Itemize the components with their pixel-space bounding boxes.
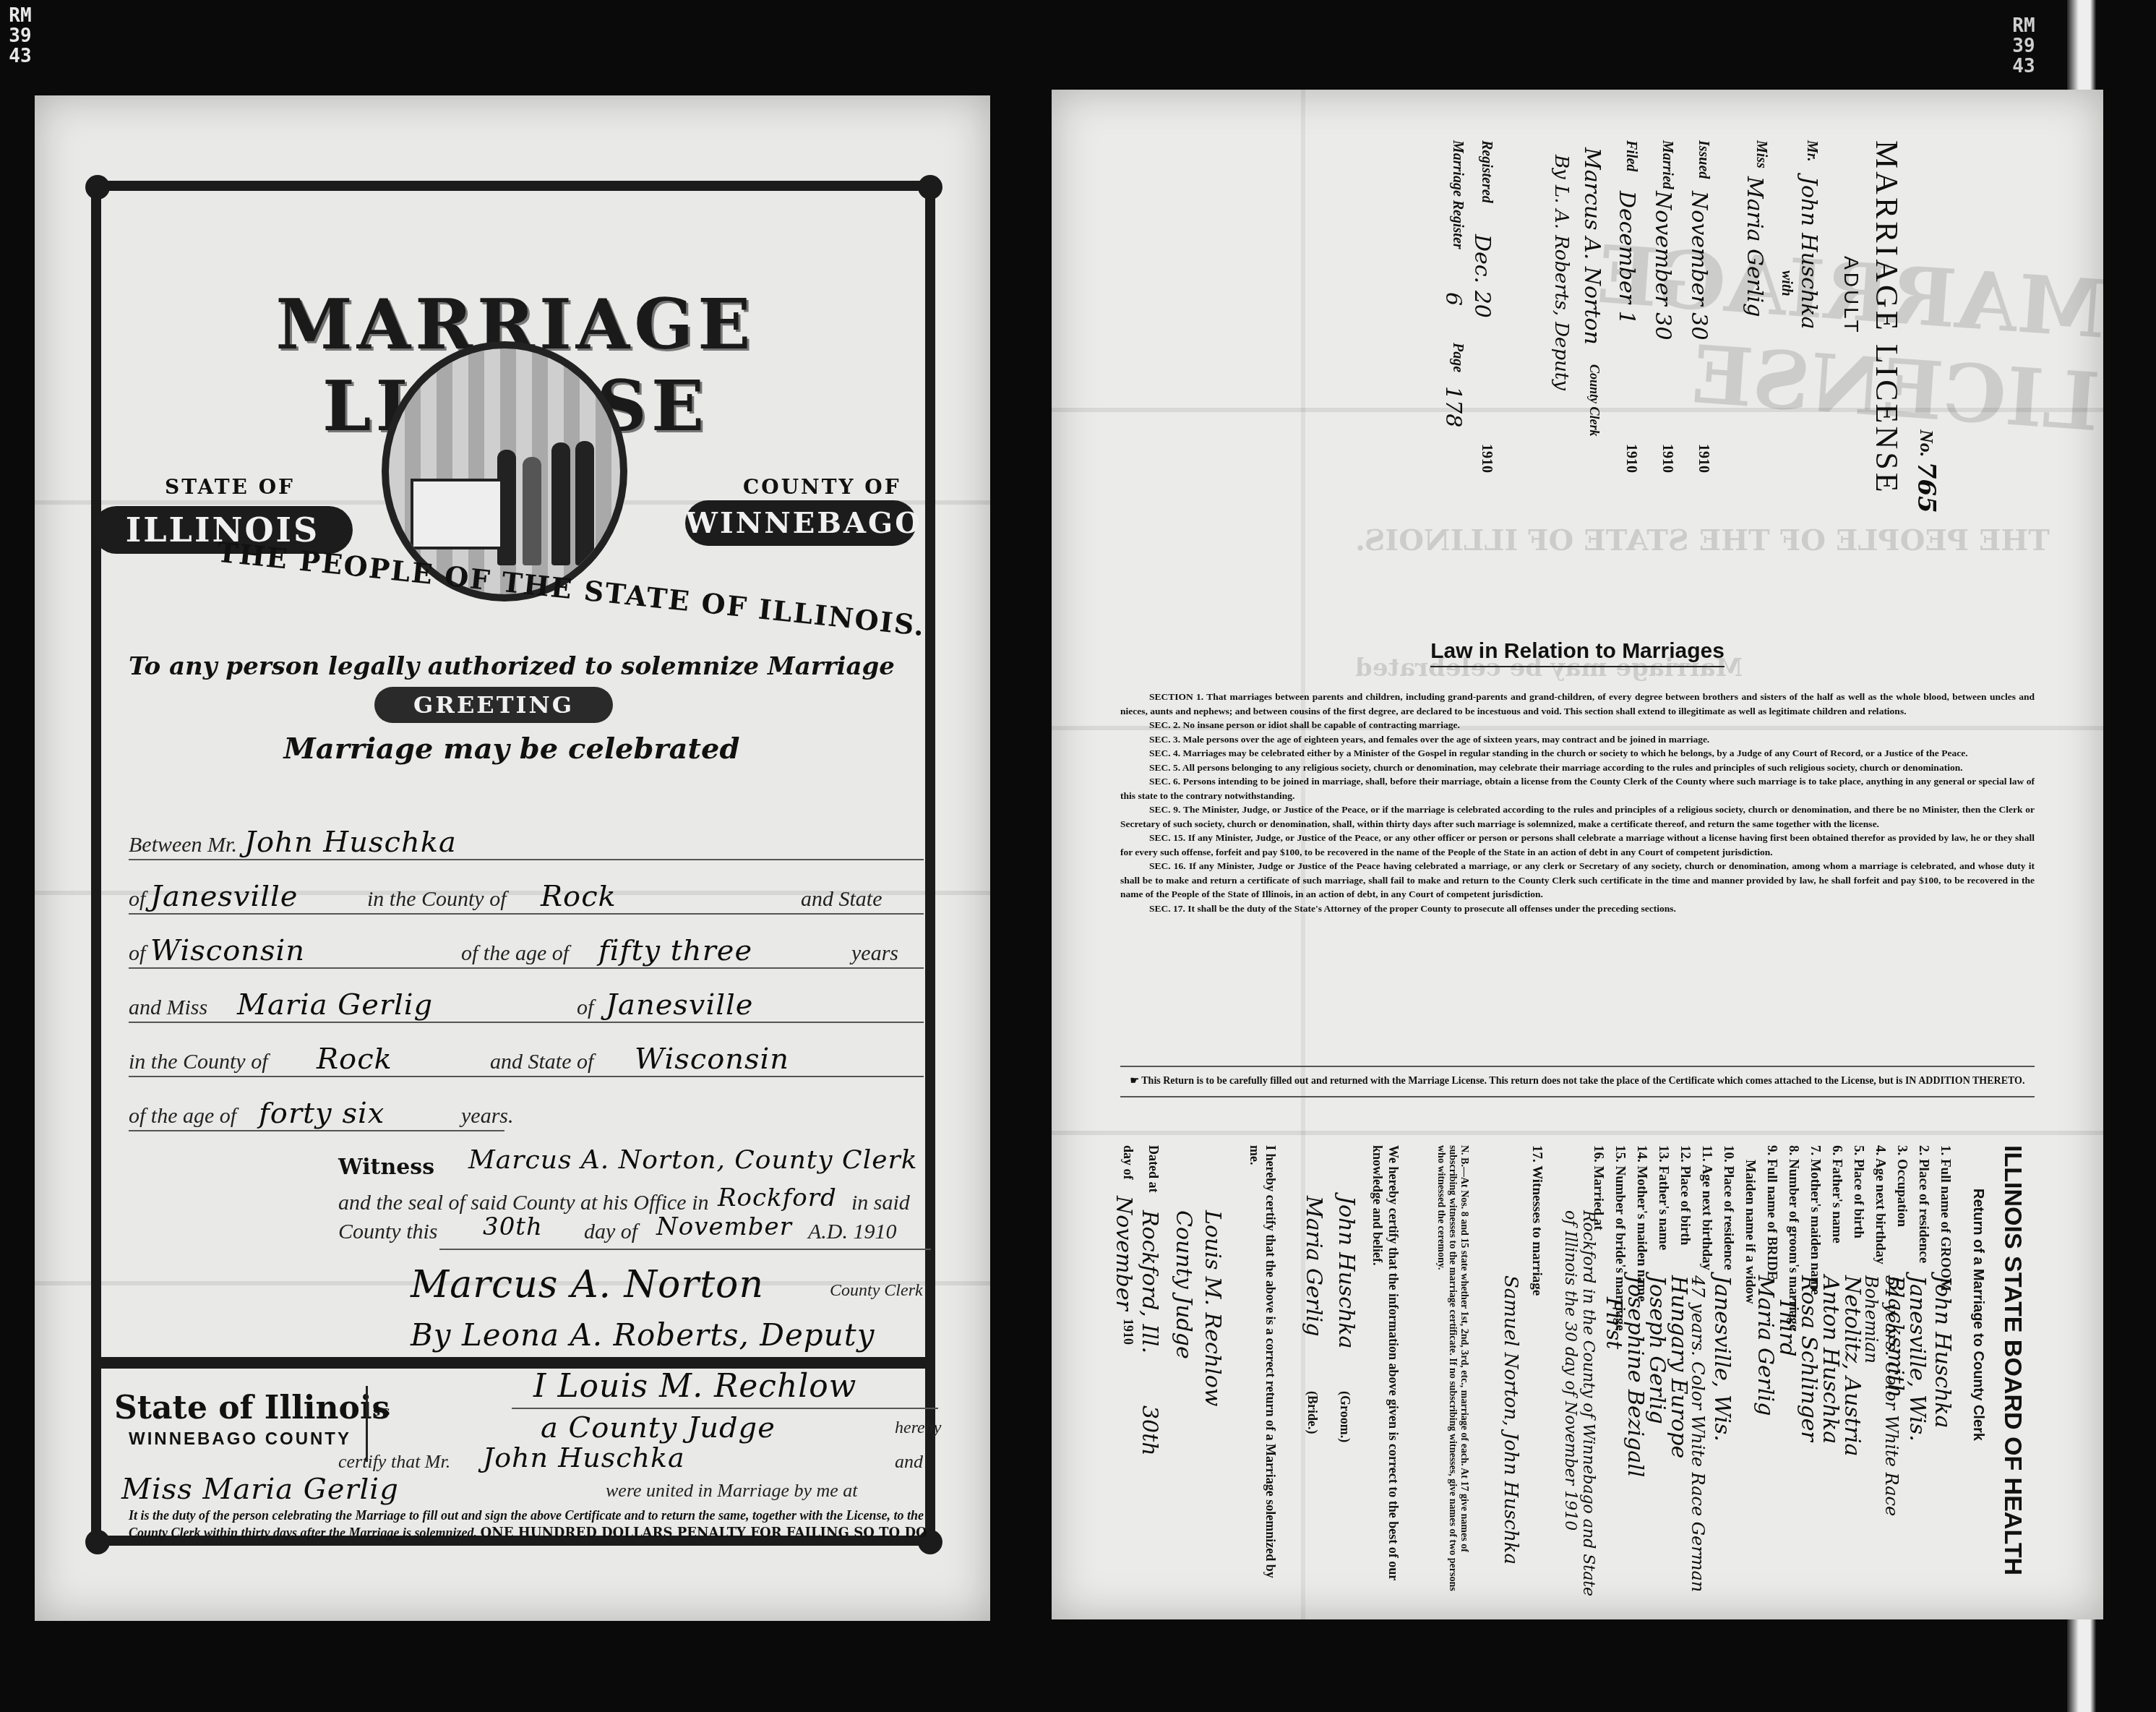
bride-residence-field[interactable]: Janesville, Wis. [1709,1275,1735,1442]
film-mark-line: 43 [6,46,35,67]
license-number-field[interactable]: 765 [1912,462,1941,513]
filed-year: 1910 [1623,444,1639,473]
docket-deputy-signature: By L. A. Roberts, Deputy [1550,155,1572,390]
field-label: 10. Place of residence [1720,1145,1736,1270]
docket-bride-field[interactable]: Maria Gerlig [1742,176,1767,317]
field-label: 12. Place of birth [1677,1145,1693,1245]
groom-full-name-field[interactable]: John Huschka [1930,1275,1955,1428]
groom-birthplace-field[interactable]: Netolitz, Austria [1839,1275,1865,1457]
witnesses-field[interactable]: Samuel Norton, John Huschka [1500,1275,1521,1593]
film-mark-line: 39 [2009,36,2038,56]
return-title: ILLINOIS STATE BOARD OF HEALTH [1998,1145,2027,1575]
groom-age-field[interactable]: 54 years. Color White Race Bohemian [1861,1275,1902,1608]
film-reel-mark-left: RM 39 43 [6,6,35,67]
film-mark-line: 43 [2009,56,2038,77]
issued-year: 1910 [1695,444,1712,473]
law-section: SEC. 17. It shall be the duty of the Sta… [1120,902,2035,916]
groom-marriage-number-field[interactable]: Third [1774,1297,1800,1356]
docket-clerk-signature: Marcus A. Norton [1579,147,1605,345]
field-label: 5. Place of birth [1850,1145,1866,1238]
field-label: 6. Father's name [1829,1145,1844,1244]
license-number: No. 765 [1912,429,1941,513]
return-note-text: This Return is to be carefully filled ou… [1141,1076,2024,1087]
docket-title: MARRIAGE LICENSE [1868,140,1905,495]
law-section: SEC. 9. The Minister, Judge, or Justice … [1120,803,2035,831]
officiant-title: County Judge [1171,1210,1196,1359]
law-section: SEC. 15. If any Minister, Judge, or Just… [1120,831,2035,859]
groom-father-field[interactable]: Anton Huschka [1818,1275,1843,1444]
bride-marriage-number-field[interactable]: First [1601,1297,1626,1349]
law-section: SECTION 1. That marriages between parent… [1120,690,2035,718]
docket-groom-field[interactable]: John Huschka [1796,176,1821,329]
state-board-return-form: ILLINOIS STATE BOARD OF HEALTH Return of… [1052,1131,2103,1608]
bride-birthplace-field[interactable]: Hungary Europe [1666,1275,1691,1458]
dated-place-field[interactable]: Rockford, Ill. [1137,1210,1162,1353]
page-label: Page [1449,343,1466,372]
law-title-text: Law in Relation to Marriages [1430,639,1725,667]
law-sections: SECTION 1. That marriages between parent… [1120,690,2035,915]
license-back-page: MARRIAGE LICENSE THE PEOPLE OF THE STATE… [1052,90,2103,1619]
officiant-text: I hereby certify that the above is a cor… [1247,1145,1279,1593]
bride-signature: Maria Gerlig [1301,1196,1326,1336]
no-label: No. [1916,429,1937,457]
married-label: Married [1659,140,1675,189]
law-section: SEC. 2. No insane person or idiot shall … [1120,718,2035,732]
registered-date-field[interactable]: Dec. 20 [1469,234,1495,318]
dated-month-field[interactable]: November [1111,1196,1136,1311]
field-label: 7. Mother's maiden name [1807,1145,1823,1295]
dated-year: 1910 [1120,1319,1135,1345]
married-at-field[interactable]: Rockford in the County of Winnebago and … [1561,1210,1597,1601]
groom-tag: (Groom.) [1337,1391,1352,1442]
pointing-hand-icon: ☛ [1130,1076,1141,1087]
return-subtitle: Return of a Marriage to County Clerk [1970,1189,1986,1441]
field-label: 11. Age next birthday [1698,1145,1714,1270]
field-label: 13. Father's name [1655,1145,1671,1250]
registered-year: 1910 [1478,444,1495,473]
law-section: SEC. 5. All persons belonging to any rel… [1120,761,2035,775]
filed-date-field[interactable]: December 1 [1614,191,1639,325]
married-year: 1910 [1659,444,1675,473]
officiant-signature: Louis M. Rechlow [1200,1210,1225,1406]
film-mark-line: RM [2009,16,2038,36]
marriage-register-label: Marriage Register [1449,140,1466,249]
field-label: Maiden name if a widow [1742,1160,1758,1304]
mr-label: Mr. [1803,140,1820,161]
law-section: SEC. 4. Marriages may be celebrated eith… [1120,746,2035,761]
register-volume-field[interactable]: 6 [1440,292,1466,306]
filed-label: Filed [1623,140,1639,171]
miss-label: Miss [1753,140,1769,168]
docket-subtitle: ADULT [1839,256,1863,335]
field-label: 9. Full name of BRIDE [1764,1145,1779,1280]
dated-at-label: Dated at [1146,1145,1161,1193]
certificate-details [35,95,990,1621]
nb-note: N. B.—At Nos. 8 and 15 state whether 1st… [1435,1145,1469,1593]
field-label: 3. Occupation [1894,1145,1910,1227]
law-section: SEC. 3. Male persons over the age of eig… [1120,732,2035,747]
return-note: ☛ This Return is to be carefully filled … [1120,1066,2035,1097]
license-docket: No. 765 MARRIAGE LICENSE ADULT Mr. John … [1088,126,1919,531]
certify-text: We hereby certify that the information a… [1370,1145,1401,1593]
dated-day-field[interactable]: 30th [1137,1405,1162,1456]
field-label: 17. Witnesses to marriage [1529,1145,1545,1296]
field-label: 4. Age next birthday [1872,1145,1888,1264]
law-section: SEC. 16. If any Minister, Judge or Justi… [1120,859,2035,902]
married-date-field[interactable]: November 30 [1650,191,1675,340]
registered-label: Registered [1478,140,1495,203]
law-title: Law in Relation to Marriages [1052,639,2103,664]
bride-tag: (Bride.) [1305,1391,1320,1434]
field-label: 1. Full name of GROOM [1937,1145,1953,1291]
groom-residence-field[interactable]: Janesville, Wis. [1904,1275,1930,1442]
film-mark-line: RM [6,6,35,26]
county-clerk-label: County Clerk [1586,364,1602,437]
groom-signature: John Huschka [1333,1196,1359,1348]
law-section: SEC. 6. Persons intending to be joined i… [1120,774,2035,803]
film-reel-mark-right: RM 39 43 [2009,16,2038,77]
issued-date-field[interactable]: November 30 [1686,191,1712,340]
with-label: with [1778,270,1795,296]
register-page-field[interactable]: 178 [1440,386,1466,427]
issued-label: Issued [1695,140,1712,179]
film-mark-line: 39 [6,26,35,46]
day-of-label: day of [1120,1145,1135,1180]
field-label: 2. Place of residence [1915,1145,1931,1263]
